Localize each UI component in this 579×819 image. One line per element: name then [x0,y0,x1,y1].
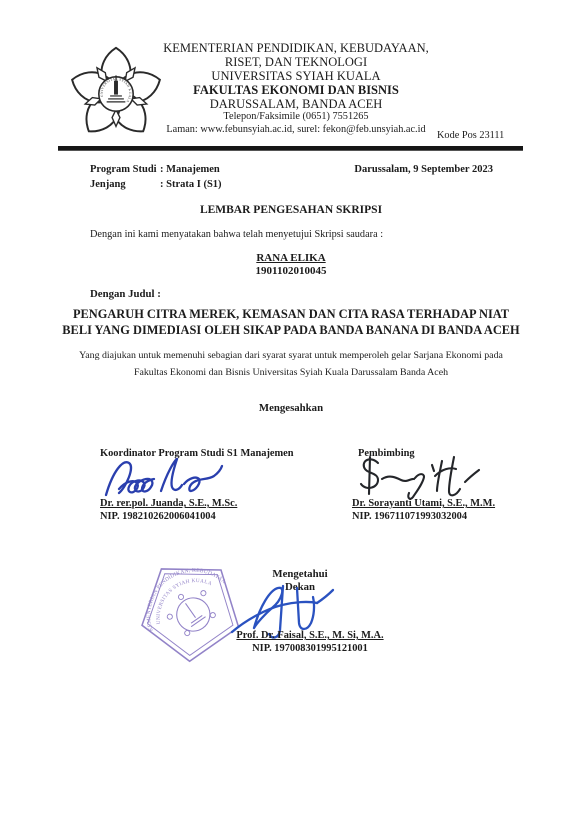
supervisor-nip: NIP. 196711071993032004 [352,511,467,522]
supervisor-signature [352,452,482,500]
jenjang-value: : Strata I (S1) [160,177,222,192]
postal-code: Kode Pos 23111 [437,130,504,143]
intro-statement: Dengan ini kami menyatakan bahwa telah m… [90,229,383,240]
dean-nip: NIP. 197008301995121001 [80,643,540,654]
letterhead-contact: Laman: www.febunsyiah.ac.id, surel: feko… [115,124,477,137]
program-studi-label: Program Studi [90,162,157,177]
faculty-name: FAKULTAS EKONOMI DAN BISNIS [115,83,477,97]
supervisor-name: Dr. Sorayanti Utami, S.E., M.M. [352,498,495,509]
ministry-line-2: RISET, DAN TEKNOLOGI [115,55,477,69]
dateline: Darussalam, 9 September 2023 [300,162,493,177]
ministry-line-1: KEMENTERIAN PENDIDIKAN, KEBUDAYAAN, [115,41,477,55]
letterhead-divider [58,146,523,151]
letterhead-phone: Telepon/Faksimile (0651) 7551265 [115,111,477,124]
university-name: UNIVERSITAS SYIAH KUALA [115,69,477,83]
purpose-line-1: Yang diajukan untuk memenuhi sebagian da… [60,350,522,361]
document-title: LEMBAR PENGESAHAN SKRIPSI [60,204,522,216]
coordinator-nip: NIP. 198210262006041004 [100,511,216,522]
student-id: 1901102010045 [60,265,522,277]
with-title-label: Dengan Judul : [90,288,161,300]
document-page: UNIVERSITAS SYIAH KUALA KEMENTERIAN PEND… [0,0,579,819]
purpose-line-2: Fakultas Ekonomi dan Bisnis Universitas … [60,367,522,378]
thesis-title-line-1: PENGARUH CITRA MEREK, KEMASAN DAN CITA R… [60,306,522,322]
letterhead: KEMENTERIAN PENDIDIKAN, KEBUDAYAAN, RISE… [115,41,477,136]
coordinator-name: Dr. rer.pol. Juanda, S.E., M.Sc. [100,498,237,509]
program-studi-value: : Manajemen [160,162,220,177]
dean-name: Prof. Dr. Faisal, S.E., M. Si, M.A. [80,630,540,641]
letterhead-city: DARUSSALAM, BANDA ACEH [115,97,477,111]
approval-heading: Mengesahkan [60,402,522,414]
jenjang-label: Jenjang [90,177,126,192]
coordinator-signature [100,456,232,502]
thesis-title-line-2: BELI YANG DIMEDIASI OLEH SIKAP PADA BAND… [60,322,522,338]
student-name: RANA ELIKA [60,252,522,264]
